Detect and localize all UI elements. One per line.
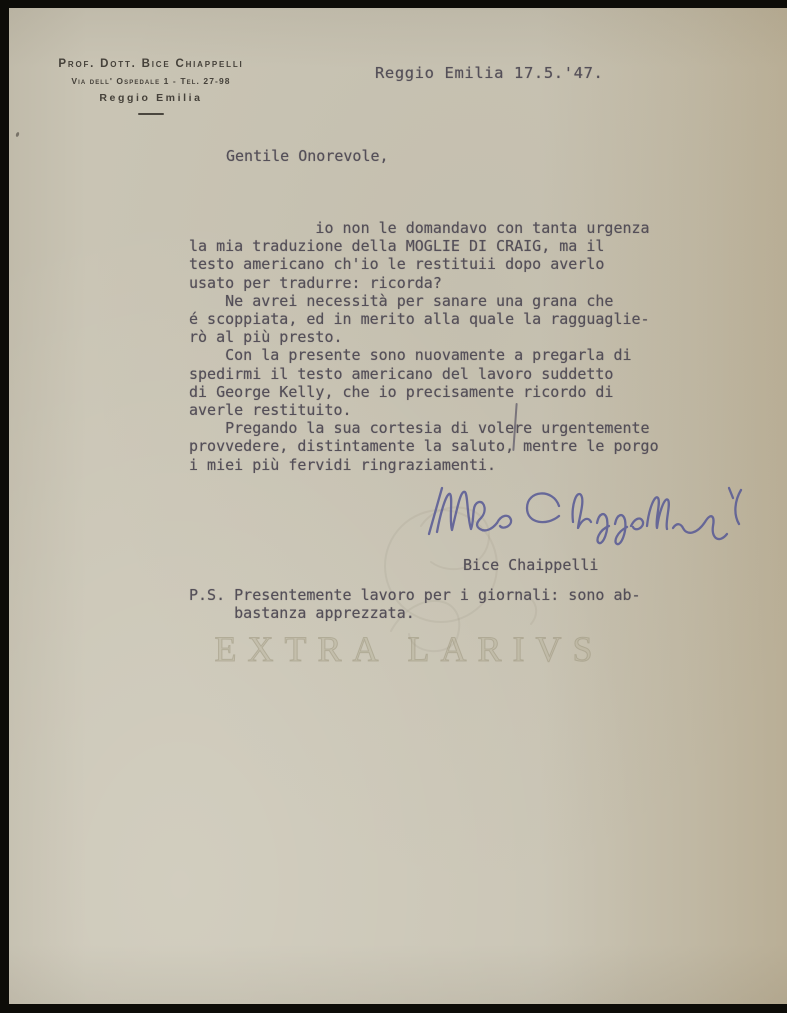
- body-line: Con la presente sono nuovamente a pregar…: [189, 346, 659, 364]
- body-line: di George Kelly, che io precisamente ric…: [189, 383, 659, 401]
- letter-paper: Prof. Dott. Bice Chiappelli Via dell' Os…: [9, 8, 787, 1004]
- postscript-line: bastanza apprezzata.: [189, 604, 641, 622]
- salutation: Gentile Onorevole,: [226, 147, 389, 165]
- handwritten-signature: [425, 482, 763, 562]
- body-line: provvedere, distintamente la saluto, men…: [189, 437, 659, 455]
- body-line: averle restituito.: [189, 401, 659, 419]
- body-line: spedirmi il testo americano del lavoro s…: [189, 365, 659, 383]
- body-line: rò al più presto.: [189, 328, 659, 346]
- letterhead: Prof. Dott. Bice Chiappelli Via dell' Os…: [57, 58, 245, 115]
- body-line: la mia traduzione della MOGLIE DI CRAIG,…: [189, 237, 659, 255]
- letterhead-name: Prof. Dott. Bice Chiappelli: [57, 58, 245, 70]
- postscript-line: P.S. Presentemente lavoro per i giornali…: [189, 586, 641, 604]
- postscript: P.S. Presentemente lavoro per i giornali…: [189, 586, 641, 622]
- body-line: é scoppiata, ed in merito alla quale la …: [189, 310, 659, 328]
- letterhead-city: Reggio Emilia: [57, 92, 245, 104]
- body-line: usato per tradurre: ricorda?: [189, 274, 659, 292]
- letterhead-address: Via dell' Ospedale 1 - Tel. 27-98: [57, 76, 245, 86]
- letterhead-rule: [138, 113, 164, 115]
- paper-watermark: EXTRA LARIVS: [149, 628, 669, 670]
- date-line: Reggio Emilia 17.5.'47.: [375, 64, 603, 82]
- body-line: io non le domandavo con tanta urgenza: [189, 219, 659, 237]
- body-line: Pregando la sua cortesia di volere urgen…: [189, 419, 659, 437]
- body-line: Ne avrei necessità per sanare una grana …: [189, 292, 659, 310]
- paper-speck: [15, 132, 20, 138]
- typed-signature-name: Bice Chaippelli: [463, 556, 598, 574]
- body-line: testo americano ch'io le restituii dopo …: [189, 255, 659, 273]
- letter-body: io non le domandavo con tanta urgenza la…: [189, 219, 659, 474]
